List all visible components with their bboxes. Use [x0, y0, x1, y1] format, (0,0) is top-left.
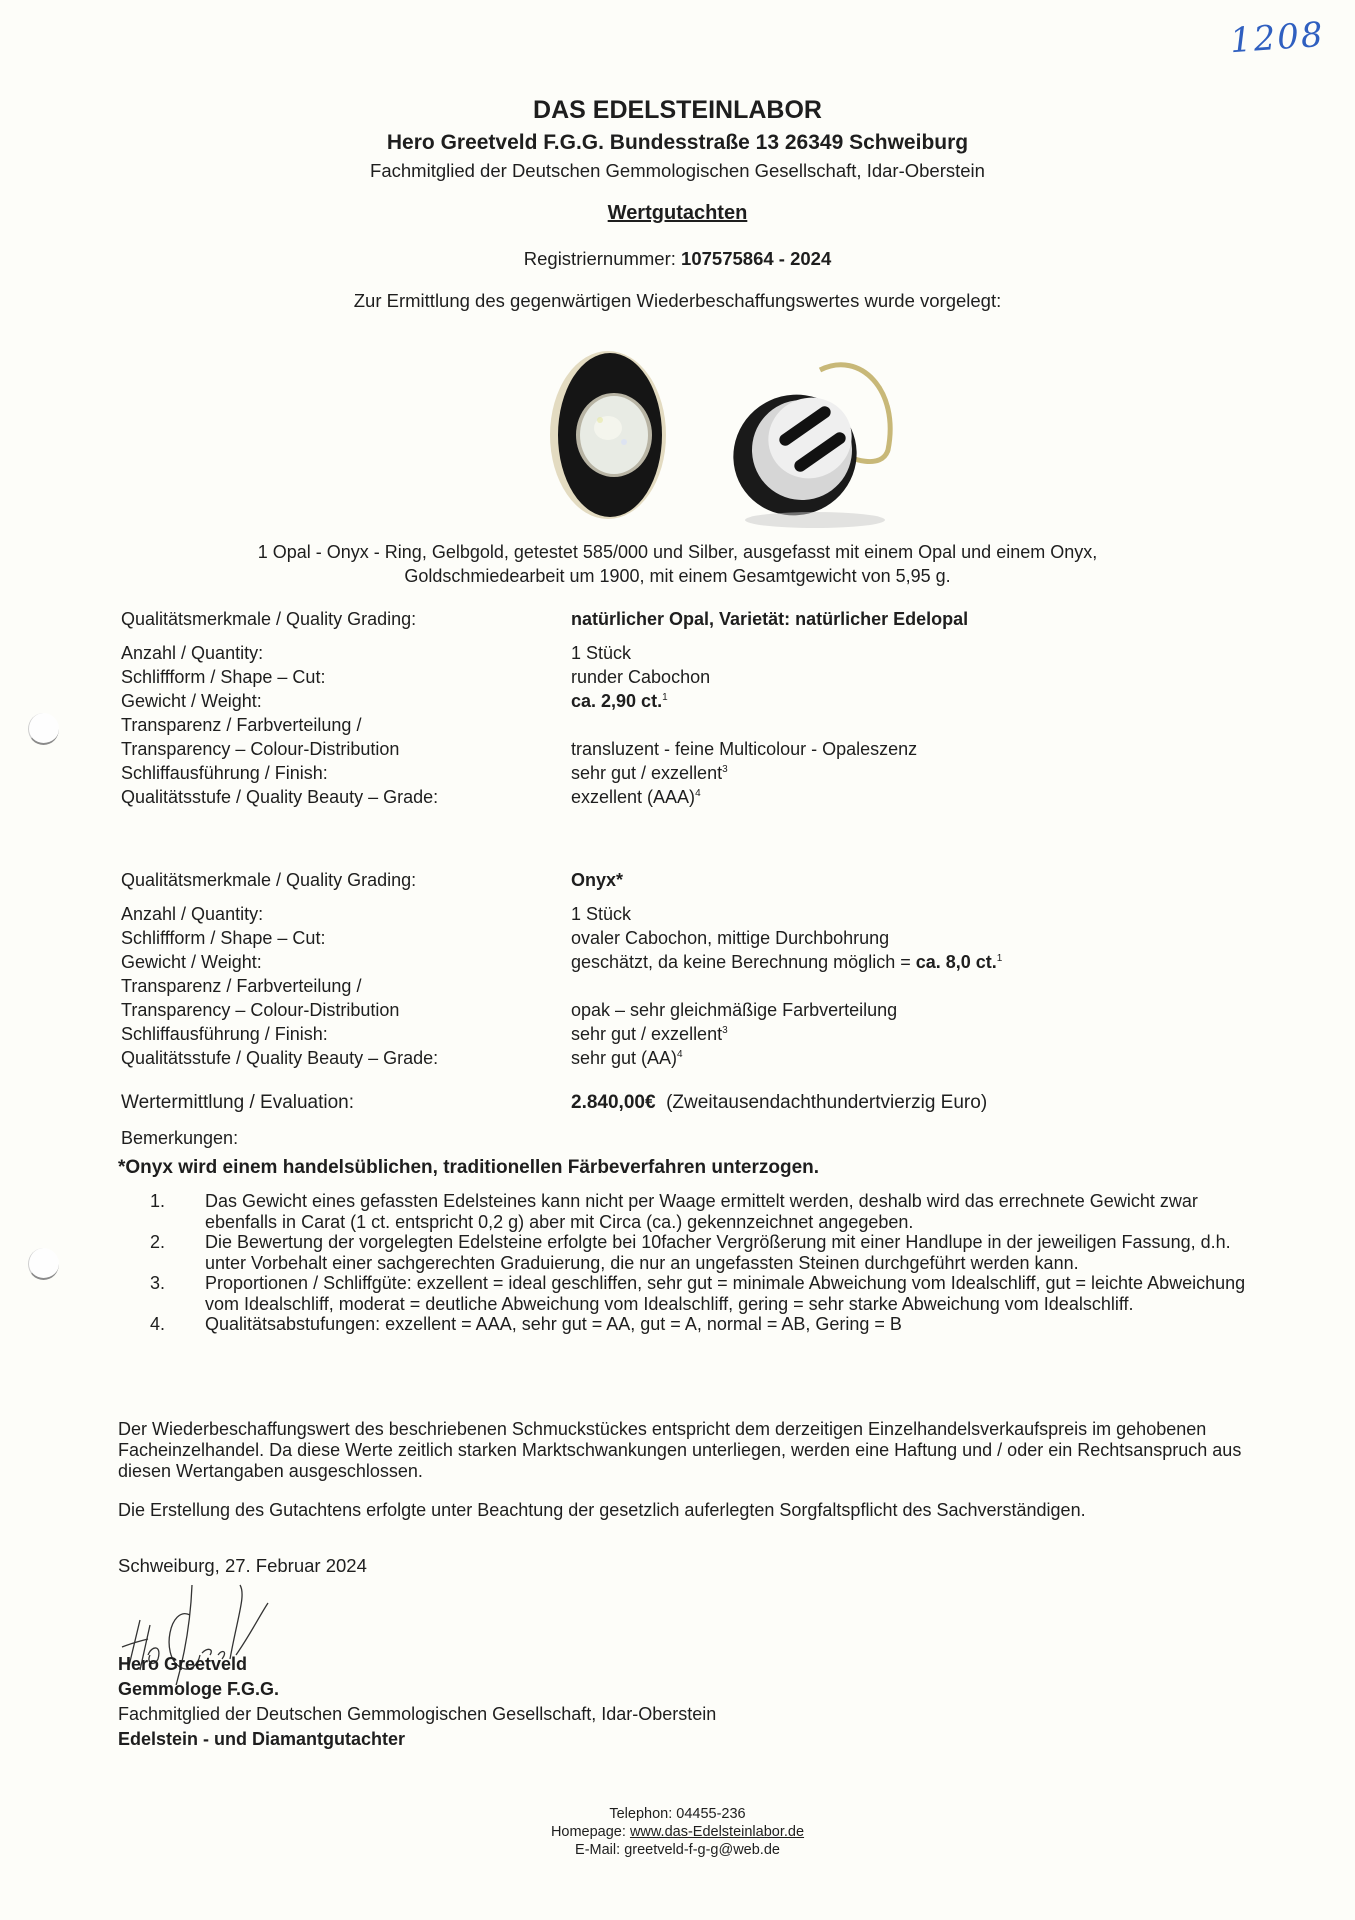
description-line-2: Goldschmiedearbeit um 1900, mit einem Ge…: [0, 564, 1355, 588]
quantity-value: 1 Stück: [571, 902, 1221, 926]
evaluation-row: Wertermittlung / Evaluation: 2.840,00€ (…: [121, 1092, 1221, 1114]
footnote-item: 2.Die Bewertung der vorgelegten Edelstei…: [150, 1232, 1260, 1273]
grade-label: Qualitätsstufe / Quality Beauty – Grade:: [121, 1046, 571, 1070]
homepage-link[interactable]: www.das-Edelsteinlabor.de: [630, 1824, 804, 1840]
finish-label: Schliffausführung / Finish:: [121, 1022, 571, 1046]
remarks-label: Bemerkungen:: [121, 1128, 238, 1149]
grading-value: natürlicher Opal, Varietät: natürlicher …: [571, 607, 1221, 641]
signer-name: Hero Greetveld: [118, 1652, 716, 1677]
grade-label: Qualitätsstufe / Quality Beauty – Grade:: [121, 785, 571, 809]
finish-label: Schliffausführung / Finish:: [121, 761, 571, 785]
transparency-label-2: Transparency – Colour-Distribution: [121, 998, 571, 1022]
onyx-treatment-note: *Onyx wird einem handelsüblichen, tradit…: [118, 1157, 819, 1179]
shape-value: runder Cabochon: [571, 665, 1221, 689]
quantity-label: Anzahl / Quantity:: [121, 641, 571, 665]
signature-block: Hero Greetveld Gemmologe F.G.G. Fachmitg…: [118, 1652, 716, 1752]
finish-value: sehr gut / exzellent3: [571, 761, 1221, 785]
diligence-paragraph: Die Erstellung des Gutachtens erfolgte u…: [118, 1500, 1258, 1521]
footnote-item: 3.Proportionen / Schliffgüte: exzellent …: [150, 1273, 1260, 1314]
ring-side-photo: [713, 365, 890, 530]
item-description: 1 Opal - Onyx - Ring, Gelbgold, getestet…: [0, 540, 1355, 588]
transparency-value: opak – sehr gleichmäßige Farbverteilung: [571, 998, 1221, 1022]
shape-label: Schliffform / Shape – Cut:: [121, 926, 571, 950]
ring-photos: [520, 350, 920, 530]
finish-value: sehr gut / exzellent3: [571, 1022, 1221, 1046]
signer-title: Gemmologe F.G.G.: [118, 1677, 716, 1702]
evaluation-label: Wertermittlung / Evaluation:: [121, 1092, 571, 1114]
replacement-value-paragraph: Der Wiederbeschaffungswert des beschrieb…: [118, 1419, 1258, 1482]
footnote-item: 1.Das Gewicht eines gefassten Edelsteine…: [150, 1191, 1260, 1232]
handwritten-page-number: 1208: [1229, 15, 1326, 61]
weight-value: geschätzt, da keine Berechnung möglich =…: [571, 950, 1221, 974]
punch-hole-top: [28, 713, 59, 745]
transparency-label-2: Transparency – Colour-Distribution: [121, 737, 571, 761]
footer-contact: Telephon: 04455-236 Homepage: www.das-Ed…: [0, 1805, 1355, 1859]
intro-text: Zur Ermittlung des gegenwärtigen Wiederb…: [0, 290, 1355, 312]
transparency-label-1: Transparenz / Farbverteilung /: [121, 974, 571, 998]
transparency-label-1: Transparenz / Farbverteilung /: [121, 713, 571, 737]
signer-role: Edelstein - und Diamantgutachter: [118, 1727, 716, 1752]
registration-label: Registriernummer:: [524, 248, 676, 269]
registration-value: 107575864 - 2024: [681, 248, 831, 269]
email-address[interactable]: greetveld-f-g-g@web.de: [624, 1842, 780, 1858]
evaluation-amount-words: (Zweitausendachthundertvierzig Euro): [666, 1092, 987, 1113]
weight-value: ca. 2,90 ct.1: [571, 689, 1221, 713]
weight-label: Gewicht / Weight:: [121, 689, 571, 713]
signer-membership: Fachmitglied der Deutschen Gemmologische…: [118, 1702, 716, 1727]
footer-email: E-Mail: greetveld-f-g-g@web.de: [0, 1841, 1355, 1859]
footer-homepage: Homepage: www.das-Edelsteinlabor.de: [0, 1823, 1355, 1841]
shape-value: ovaler Cabochon, mittige Durchbohrung: [571, 926, 1221, 950]
transparency-value: transluzent - feine Multicolour - Opales…: [571, 737, 1221, 761]
grade-value: sehr gut (AA)4: [571, 1046, 1221, 1070]
grade-value: exzellent (AAA)4: [571, 785, 1221, 809]
footnote-list: 1.Das Gewicht eines gefassten Edelsteine…: [150, 1191, 1260, 1335]
evaluation-amount: 2.840,00€: [571, 1092, 656, 1113]
shape-label: Schliffform / Shape – Cut:: [121, 665, 571, 689]
grading-label: Qualitätsmerkmale / Quality Grading:: [121, 607, 571, 641]
description-line-1: 1 Opal - Onyx - Ring, Gelbgold, getestet…: [0, 540, 1355, 564]
footer-phone: Telephon: 04455-236: [0, 1805, 1355, 1823]
footnote-item: 4.Qualitätsabstufungen: exzellent = AAA,…: [150, 1314, 1260, 1335]
stone-block-opal: Qualitätsmerkmale / Quality Grading: nat…: [121, 607, 1221, 809]
ring-front-photo: [550, 351, 666, 519]
lab-name: DAS EDELSTEINLABOR: [0, 96, 1355, 125]
quantity-label: Anzahl / Quantity:: [121, 902, 571, 926]
registration-number: Registriernummer: 107575864 - 2024: [0, 248, 1355, 270]
lab-membership: Fachmitglied der Deutschen Gemmologische…: [0, 160, 1355, 182]
lab-address: Hero Greetveld F.G.G. Bundesstraße 13 26…: [0, 131, 1355, 155]
grading-label: Qualitätsmerkmale / Quality Grading:: [121, 868, 571, 902]
punch-hole-bottom: [28, 1248, 59, 1280]
document-title: Wertgutachten: [0, 202, 1355, 225]
grading-value: Onyx*: [571, 868, 1221, 902]
stone-block-onyx: Qualitätsmerkmale / Quality Grading: Ony…: [121, 868, 1221, 1070]
weight-label: Gewicht / Weight:: [121, 950, 571, 974]
quantity-value: 1 Stück: [571, 641, 1221, 665]
place-date: Schweiburg, 27. Februar 2024: [118, 1555, 367, 1577]
